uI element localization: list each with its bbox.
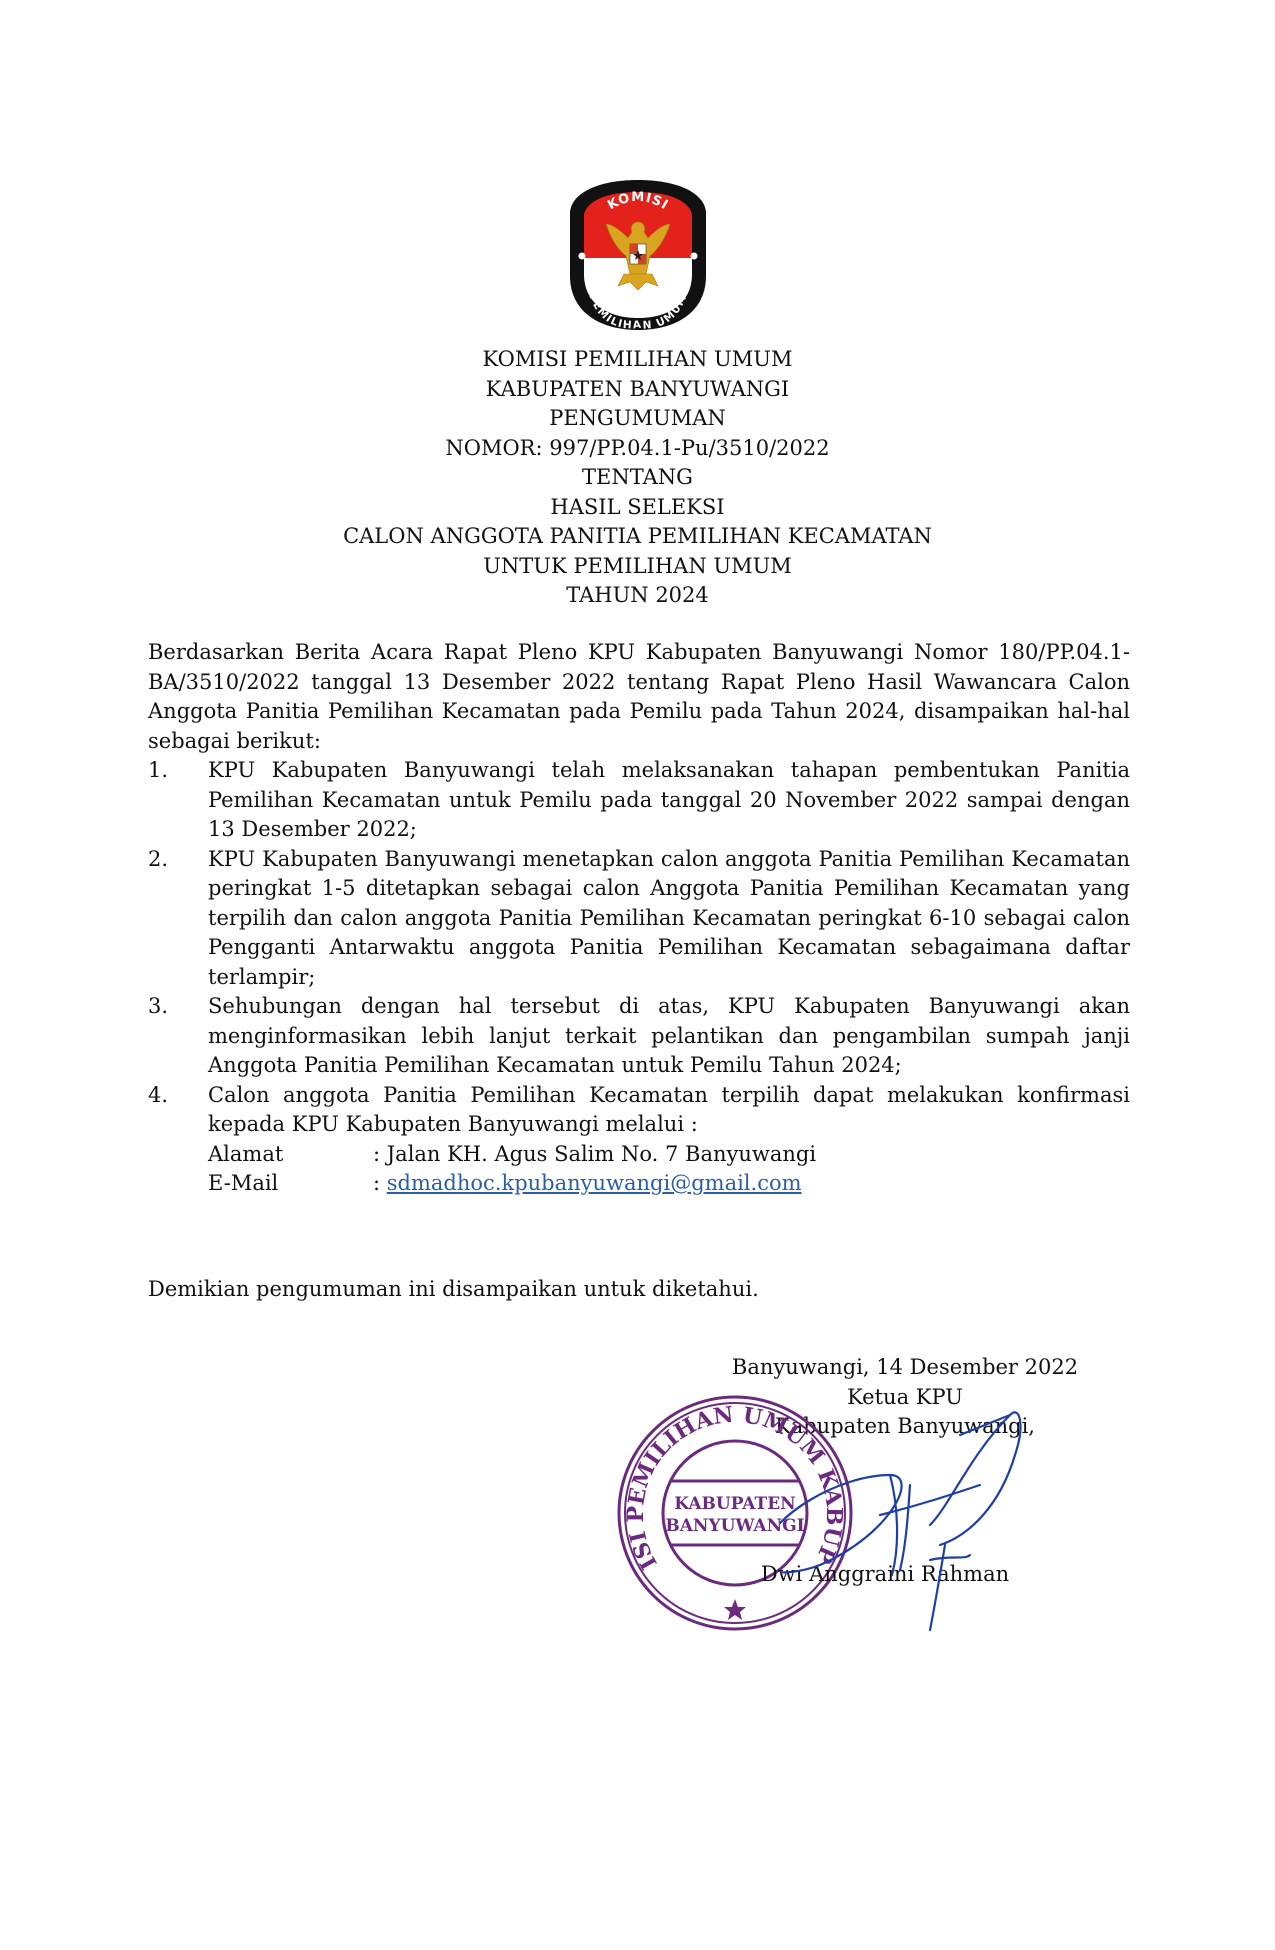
email-label: E-Mail	[208, 1169, 373, 1199]
handwritten-signature-icon	[780, 1395, 1060, 1635]
header-line-title-2: CALON ANGGOTA PANITIA PEMILIHAN KECAMATA…	[0, 522, 1275, 552]
header-line-doc-type: PENGUMUMAN	[0, 404, 1275, 434]
email-link[interactable]: sdmadhoc.kpubanyuwangi@gmail.com	[387, 1169, 802, 1199]
email-separator: :	[373, 1169, 387, 1199]
list-item-number: 1.	[148, 756, 168, 786]
list-item: 4. Calon anggota Panitia Pemilihan Kecam…	[148, 1081, 1130, 1199]
header-line-regency: KABUPATEN BANYUWANGI	[0, 375, 1275, 405]
svg-text:KABUPATEN: KABUPATEN	[674, 1494, 795, 1514]
header-line-number: NOMOR: 997/PP.04.1-Pu/3510/2022	[0, 434, 1275, 464]
intro-paragraph: Berdasarkan Berita Acara Rapat Pleno KPU…	[148, 638, 1130, 756]
address-value: : Jalan KH. Agus Salim No. 7 Banyuwangi	[373, 1140, 816, 1170]
header-line-about: TENTANG	[0, 463, 1275, 493]
header-line-institution: KOMISI PEMILIHAN UMUM	[0, 345, 1275, 375]
address-label: Alamat	[208, 1140, 373, 1170]
place-date: Banyuwangi, 14 Desember 2022	[700, 1353, 1110, 1383]
list-item: 3. Sehubungan dengan hal tersebut di ata…	[148, 992, 1130, 1081]
document-header: KOMISI PEMILIHAN UMUM KABUPATEN BANYUWAN…	[0, 345, 1275, 611]
list-item-text: Calon anggota Panitia Pemilihan Kecamata…	[208, 1083, 1130, 1137]
list-item-text: Sehubungan dengan hal tersebut di atas, …	[208, 994, 1130, 1077]
list-item: 2. KPU Kabupaten Banyuwangi menetapkan c…	[148, 845, 1130, 993]
header-line-title-3: UNTUK PEMILIHAN UMUM	[0, 552, 1275, 582]
header-line-title-1: HASIL SELEKSI	[0, 493, 1275, 523]
contact-address-row: Alamat : Jalan KH. Agus Salim No. 7 Bany…	[208, 1140, 1130, 1170]
list-item-number: 4.	[148, 1081, 168, 1111]
closing-statement: Demikian pengumuman ini disampaikan untu…	[148, 1275, 759, 1305]
header-line-year: TAHUN 2024	[0, 581, 1275, 611]
list-item: 1. KPU Kabupaten Banyuwangi telah melaks…	[148, 756, 1130, 845]
announcement-list: 1. KPU Kabupaten Banyuwangi telah melaks…	[148, 756, 1130, 1199]
list-item-text: KPU Kabupaten Banyuwangi telah melaksana…	[208, 758, 1130, 841]
list-item-text: KPU Kabupaten Banyuwangi menetapkan calo…	[208, 847, 1130, 989]
list-item-number: 3.	[148, 992, 168, 1022]
contact-email-row: E-Mail : sdmadhoc.kpubanyuwangi@gmail.co…	[208, 1169, 1130, 1199]
list-item-number: 2.	[148, 845, 168, 875]
document-body: Berdasarkan Berita Acara Rapat Pleno KPU…	[148, 638, 1130, 1199]
kpu-logo-icon: KOMISI PEMILIHAN UMUM	[568, 178, 708, 330]
